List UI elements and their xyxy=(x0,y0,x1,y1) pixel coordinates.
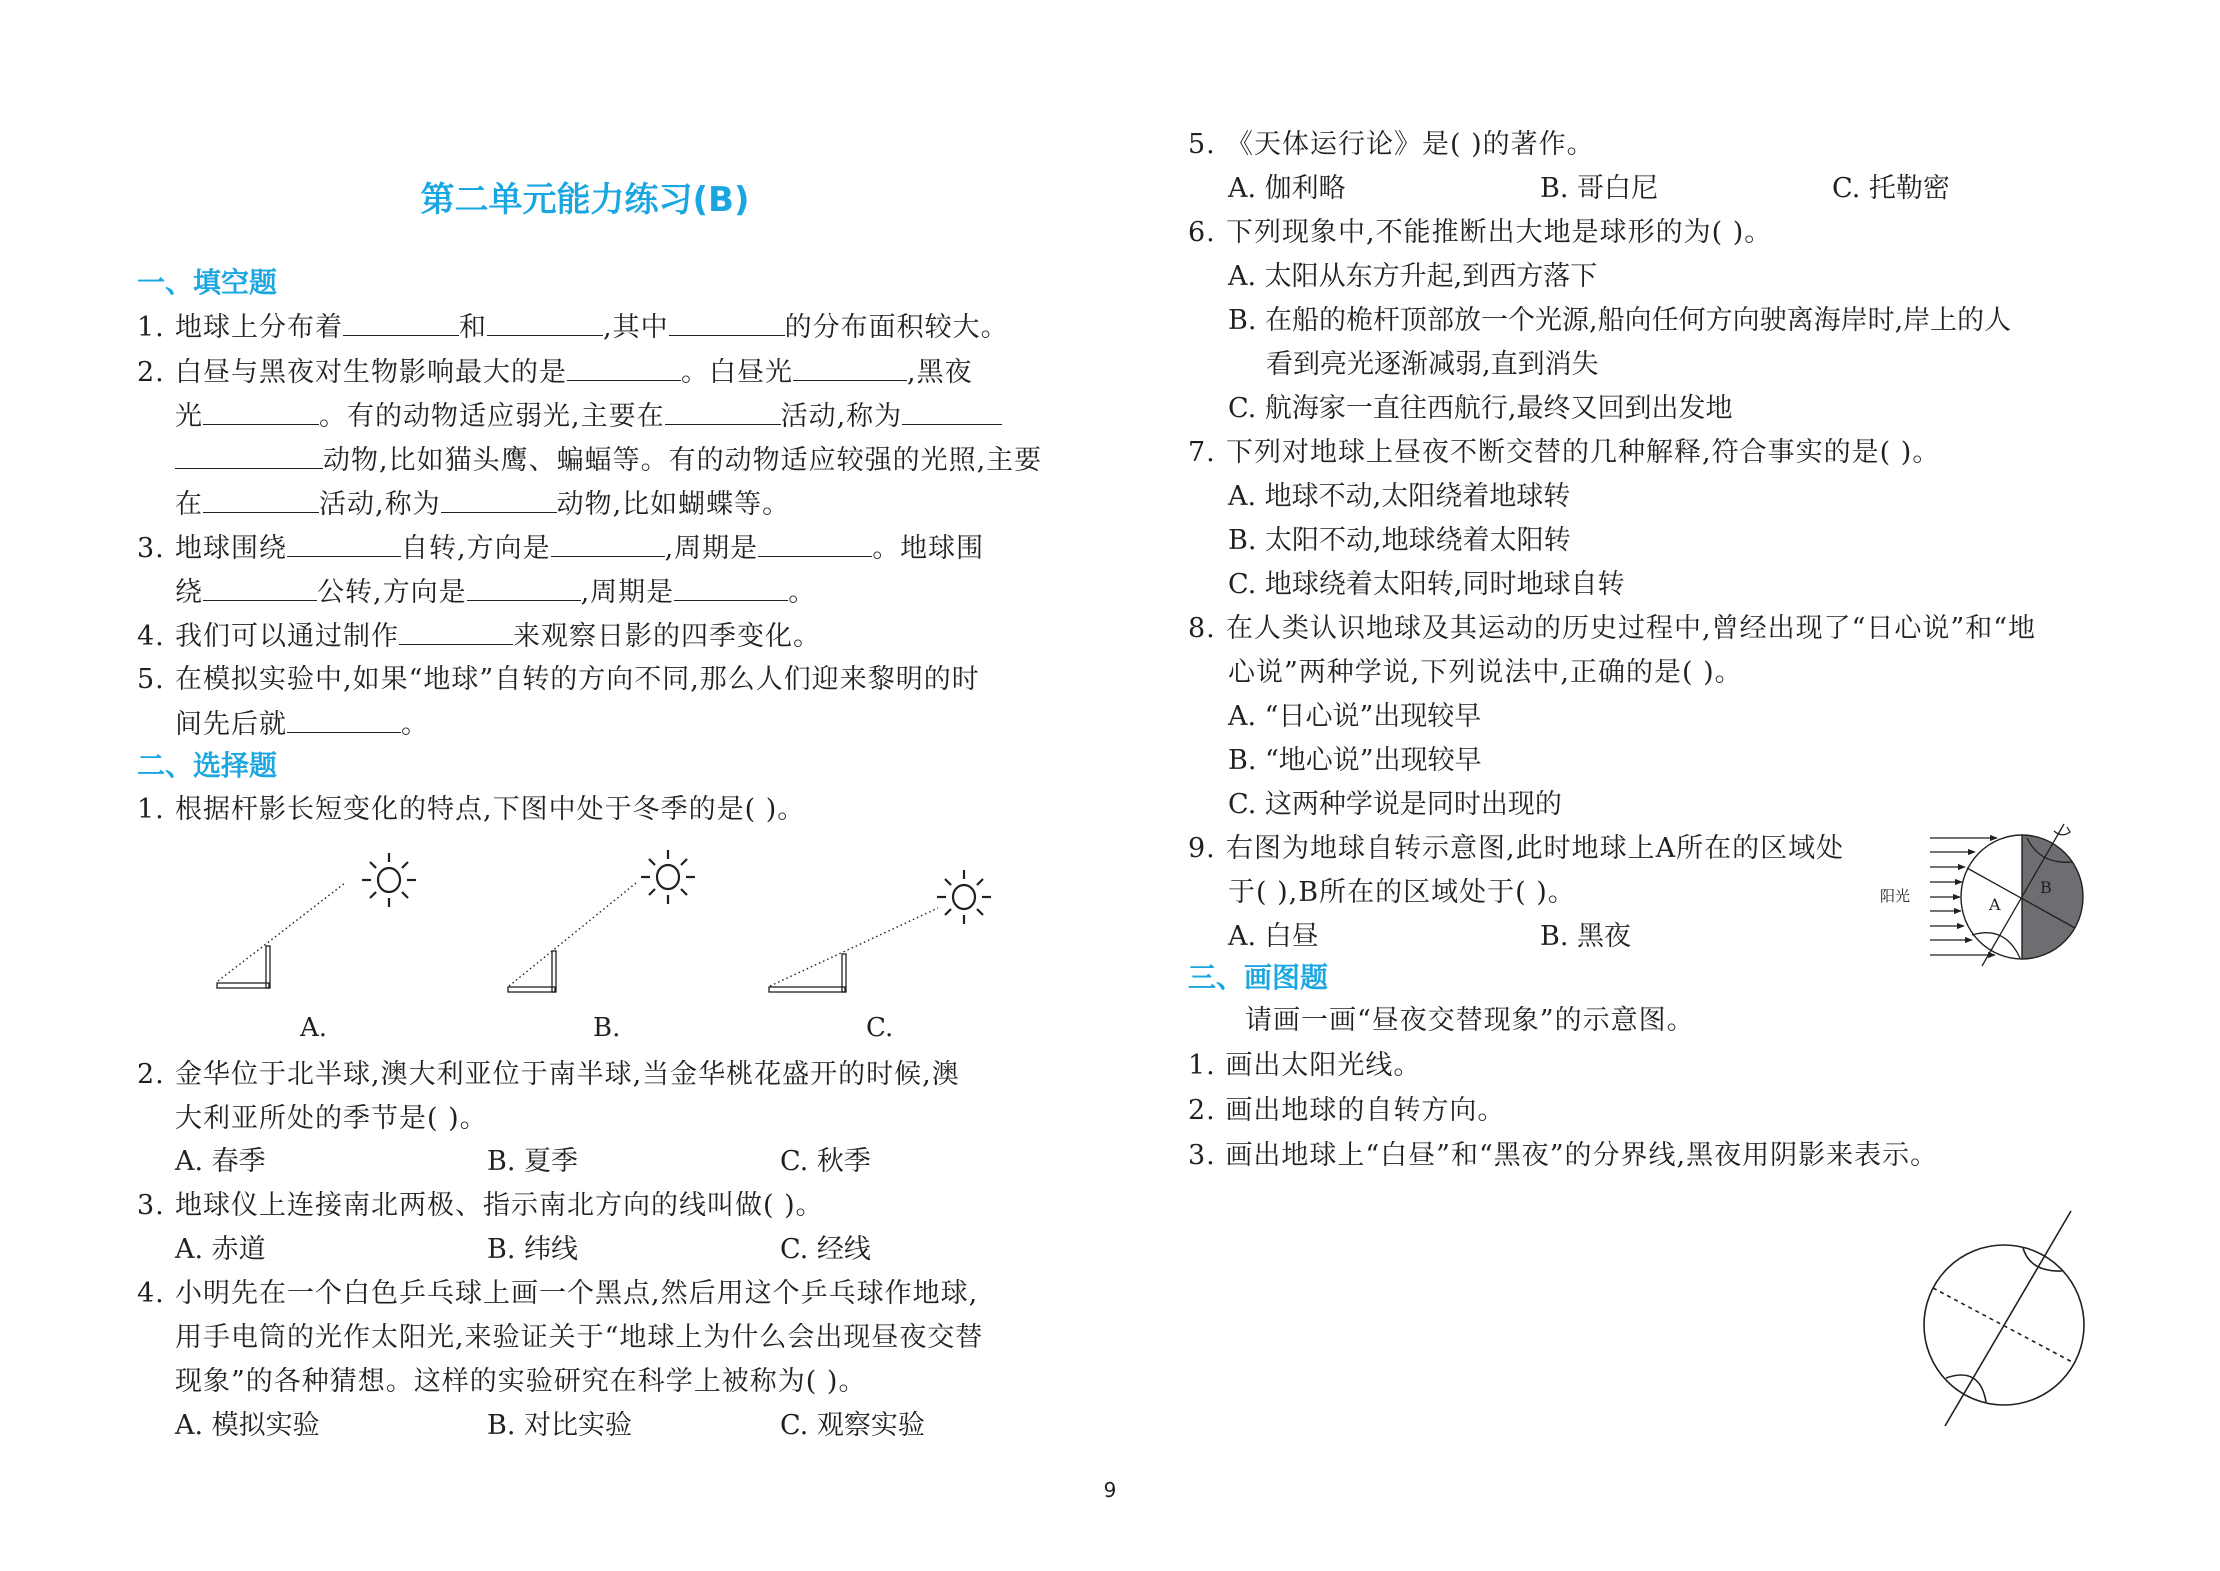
option-a[interactable]: A. 赤道 xyxy=(175,1232,266,1268)
question-text: 右图为地球自转示意图,此时地球上A所在的区域处 xyxy=(1226,833,1844,864)
drawing-item-3: 3. 画出地球上“白昼”和“黑夜”的分界线,黑夜用阴影来表示。 xyxy=(1188,1138,1938,1174)
option-b[interactable]: B. 夏季 xyxy=(487,1144,578,1180)
question-text: 下列现象中,不能推断出大地是球形的为( )。 xyxy=(1226,217,1772,248)
choice-q3: 3.地球仪上连接南北两极、指示南北方向的线叫做( )。 xyxy=(137,1188,824,1224)
question-number: 5. xyxy=(1188,127,1226,163)
choice-q4-line3: 现象”的各种猜想。这样的实验研究在科学上被称为( )。 xyxy=(175,1364,866,1400)
drawing-item-2: 2. 画出地球的自转方向。 xyxy=(1188,1093,1505,1129)
section-heading-drawing: 三、画图题 xyxy=(1188,960,1328,996)
option-c[interactable]: C. 秋季 xyxy=(780,1144,871,1180)
option-a[interactable]: A. “日心说”出现较早 xyxy=(1228,699,1481,735)
choice-q2-line1: 2.金华位于北半球,澳大利亚位于南半球,当金华桃花盛开的时候,澳 xyxy=(137,1057,960,1093)
option-a[interactable]: A. 白昼 xyxy=(1228,919,1319,955)
question-number: 6. xyxy=(1188,215,1226,251)
sun-icon xyxy=(937,870,991,924)
shadow-diagram-b xyxy=(508,850,695,992)
option-a[interactable]: A. 模拟实验 xyxy=(175,1408,320,1444)
choice-q4-line1: 4.小明先在一个白色乒乓球上画一个黑点,然后用这个乒乓球作地球, xyxy=(137,1276,978,1312)
question-number: 7. xyxy=(1188,435,1226,471)
choice-q8-line2: 心说”两种学说,下列说法中,正确的是( )。 xyxy=(1228,655,1743,691)
option-c[interactable]: C. 地球绕着太阳转,同时地球自转 xyxy=(1228,567,1624,603)
question-text: 小明先在一个白色乒乓球上画一个黑点,然后用这个乒乓球作地球, xyxy=(175,1278,978,1309)
diagram-label-c: C. xyxy=(866,1013,893,1043)
option-c[interactable]: C. 航海家一直往西航行,最终又回到出发地 xyxy=(1228,391,1732,427)
option-c[interactable]: C. 托勒密 xyxy=(1832,171,1950,207)
region-b-label: B xyxy=(2040,878,2052,897)
question-number: 3. xyxy=(137,1188,175,1224)
choice-q7: 7.下列对地球上昼夜不断交替的几种解释,符合事实的是( )。 xyxy=(1188,435,1940,471)
question-number: 2. xyxy=(137,1057,175,1093)
drawing-globe[interactable] xyxy=(1920,1200,2090,1440)
option-c[interactable]: C. 观察实验 xyxy=(780,1408,925,1444)
shadow-diagram-c xyxy=(769,870,991,992)
option-a[interactable]: A. 地球不动,太阳绕着地球转 xyxy=(1228,479,1570,515)
question-number: 4. xyxy=(137,1276,175,1312)
choice-q6: 6.下列现象中,不能推断出大地是球形的为( )。 xyxy=(1188,215,1772,251)
sun-icon xyxy=(362,853,416,907)
shadow-diagram-a xyxy=(217,853,416,988)
option-b[interactable]: B. 对比实验 xyxy=(487,1408,632,1444)
option-b[interactable]: B. 太阳不动,地球绕着太阳转 xyxy=(1228,523,1571,559)
shadow-diagrams xyxy=(0,0,1100,1060)
option-b[interactable]: B. 黑夜 xyxy=(1540,919,1631,955)
choice-q8-line1: 8.在人类认识地球及其运动的历史过程中,曾经出现了“日心说”和“地 xyxy=(1188,611,2036,647)
question-text: 金华位于北半球,澳大利亚位于南半球,当金华桃花盛开的时候,澳 xyxy=(175,1059,960,1090)
option-b-continued: 看到亮光逐渐减弱,直到消失 xyxy=(1266,347,1599,383)
option-a[interactable]: A. 太阳从东方升起,到西方落下 xyxy=(1228,259,1597,295)
choice-q9-line1: 9.右图为地球自转示意图,此时地球上A所在的区域处 xyxy=(1188,831,1844,867)
question-number: 9. xyxy=(1188,831,1226,867)
choice-q9-line2: 于( ),B所在的区域处于( )。 xyxy=(1228,875,1576,911)
drawing-item-1: 1. 画出太阳光线。 xyxy=(1188,1048,1421,1084)
option-a[interactable]: A. 春季 xyxy=(175,1144,266,1180)
diagram-label-b: B. xyxy=(593,1013,620,1043)
option-c[interactable]: C. 经线 xyxy=(780,1232,871,1268)
question-text: 下列对地球上昼夜不断交替的几种解释,符合事实的是( )。 xyxy=(1226,437,1940,468)
question-text: 地球仪上连接南北两极、指示南北方向的线叫做( )。 xyxy=(175,1190,824,1221)
sunlight-label: 阳光 xyxy=(1880,885,1910,906)
choice-q5: 5.《天体运行论》是( )的著作。 xyxy=(1188,127,1595,163)
region-a-label: A xyxy=(1989,895,2001,914)
question-number: 8. xyxy=(1188,611,1226,647)
choice-q4-line2: 用手电筒的光作太阳光,来验证关于“地球上为什么会出现昼夜交替 xyxy=(175,1320,983,1356)
option-b[interactable]: B. “地心说”出现较早 xyxy=(1228,743,1482,779)
drawing-intro: 请画一画“昼夜交替现象”的示意图。 xyxy=(1245,1003,1695,1039)
diagram-label-a: A. xyxy=(300,1013,327,1043)
option-c[interactable]: C. 这两种学说是同时出现的 xyxy=(1228,787,1562,823)
sun-icon xyxy=(641,850,695,904)
option-b[interactable]: B. 在船的桅杆顶部放一个光源,船向任何方向驶离海岸时,岸上的人 xyxy=(1228,303,2011,339)
option-b[interactable]: B. 纬线 xyxy=(487,1232,578,1268)
option-a[interactable]: A. 伽利略 xyxy=(1228,171,1346,207)
page-number: 9 xyxy=(1100,1478,1120,1502)
question-text: 《天体运行论》是( )的著作。 xyxy=(1226,129,1595,160)
option-b[interactable]: B. 哥白尼 xyxy=(1540,171,1658,207)
choice-q2-line2: 大利亚所处的季节是( )。 xyxy=(175,1101,488,1137)
question-text: 在人类认识地球及其运动的历史过程中,曾经出现了“日心说”和“地 xyxy=(1226,613,2036,644)
